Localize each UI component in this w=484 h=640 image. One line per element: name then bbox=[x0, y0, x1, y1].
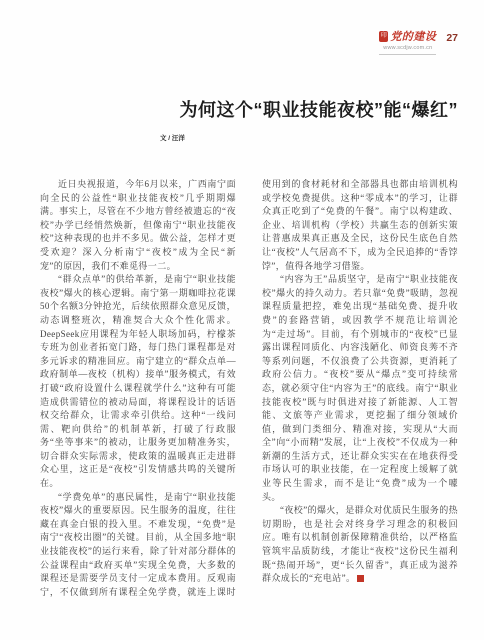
article-body: 近日央视报道，今年6月以来，广西南宁面向全民的公益性“职业技能夜校”几乎期期爆满… bbox=[40, 178, 458, 608]
magazine-page: 印 党的建设 www.scdjw.com.cn 27 为何这个“职业技能夜校”能… bbox=[0, 0, 484, 640]
page-number: 27 bbox=[446, 32, 458, 44]
byline: 文 / 汪洋 bbox=[40, 133, 190, 142]
brand-row: 印 党的建设 bbox=[379, 28, 436, 44]
paragraph-5-text: “夜校”的爆火，是群众对优质民生服务的热切期盼，也是社会对终身学习理念的积极回应… bbox=[262, 505, 458, 583]
brand-url: www.scdjw.com.cn bbox=[383, 45, 432, 51]
brand-block: 印 党的建设 www.scdjw.com.cn bbox=[379, 28, 436, 55]
page-header: 印 党的建设 www.scdjw.com.cn 27 bbox=[379, 28, 458, 55]
paragraph-1: 近日央视报道，今年6月以来，广西南宁面向全民的公益性“职业技能夜校”几乎期期爆满… bbox=[40, 178, 236, 273]
seal-icon: 印 bbox=[379, 31, 388, 42]
paragraph-2: “群众点单”的供给革新，是南宁“职业技能夜校”爆火的核心逻辑。南宁第一期咖啡拉花… bbox=[40, 273, 236, 491]
title-block: 为何这个“职业技能夜校”能“爆红” 文 / 汪洋 bbox=[40, 96, 458, 142]
brand-name: 党的建设 bbox=[390, 28, 436, 44]
paragraph-5: “夜校”的爆火，是群众对优质民生服务的热切期盼，也是社会对终身学习理念的积极回应… bbox=[262, 504, 458, 586]
end-of-article-icon bbox=[357, 575, 364, 582]
paragraph-4: “内容为王”品质坚守，是南宁“职业技能夜校”爆火的持久动力。若只靠“免费”吸睛，… bbox=[262, 273, 458, 504]
article-title: 为何这个“职业技能夜校”能“爆红” bbox=[40, 96, 458, 122]
